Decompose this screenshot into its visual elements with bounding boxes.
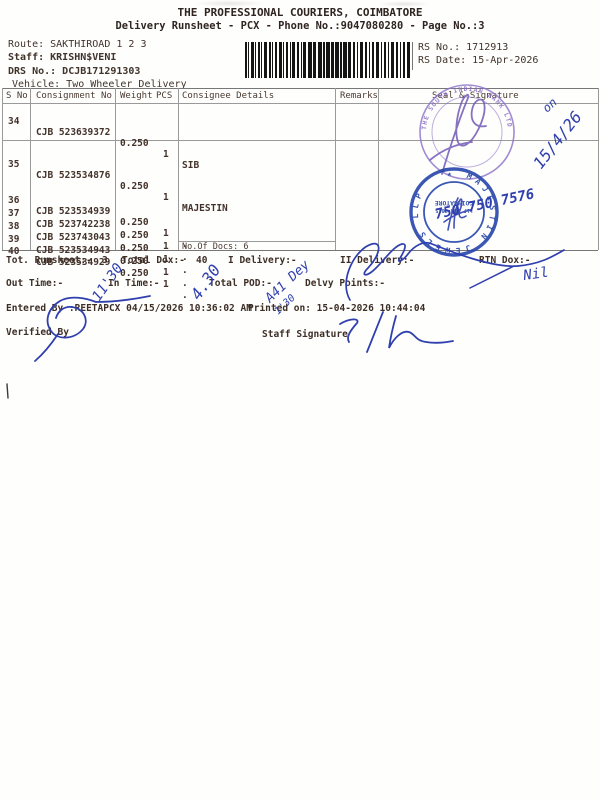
bank-stamp: THE SOUTH INDIAN BANK LTD xyxy=(420,85,514,179)
handwritten-in-time: 4.30 xyxy=(187,261,225,303)
handwritten-stroke xyxy=(470,266,514,288)
handwritten-rtn-dox: Nil xyxy=(521,265,549,285)
scan-pen-tick xyxy=(7,384,8,398)
bank-stamp-inner-ring xyxy=(432,97,502,167)
handwritten-out-time: 11'30 xyxy=(89,261,126,305)
staff-signature xyxy=(340,312,453,352)
handwritten-date: 15/4/26 xyxy=(529,108,585,173)
bank-stamp-ring-text: THE SOUTH INDIAN BANK LTD xyxy=(421,86,513,130)
ink-overlay: THE SOUTH INDIAN BANK LTD on 15/4/26 ★ M… xyxy=(0,0,600,800)
handwritten-on: on xyxy=(540,95,560,115)
scanned-delivery-runsheet: THE PROFESSIONAL COURIERS, COIMBATORE De… xyxy=(0,0,600,800)
bank-signature-stroke xyxy=(430,95,486,174)
verified-by-signature xyxy=(35,296,150,361)
svg-text:THE SOUTH INDIAN BANK LTD: THE SOUTH INDIAN BANK LTD xyxy=(421,86,513,130)
